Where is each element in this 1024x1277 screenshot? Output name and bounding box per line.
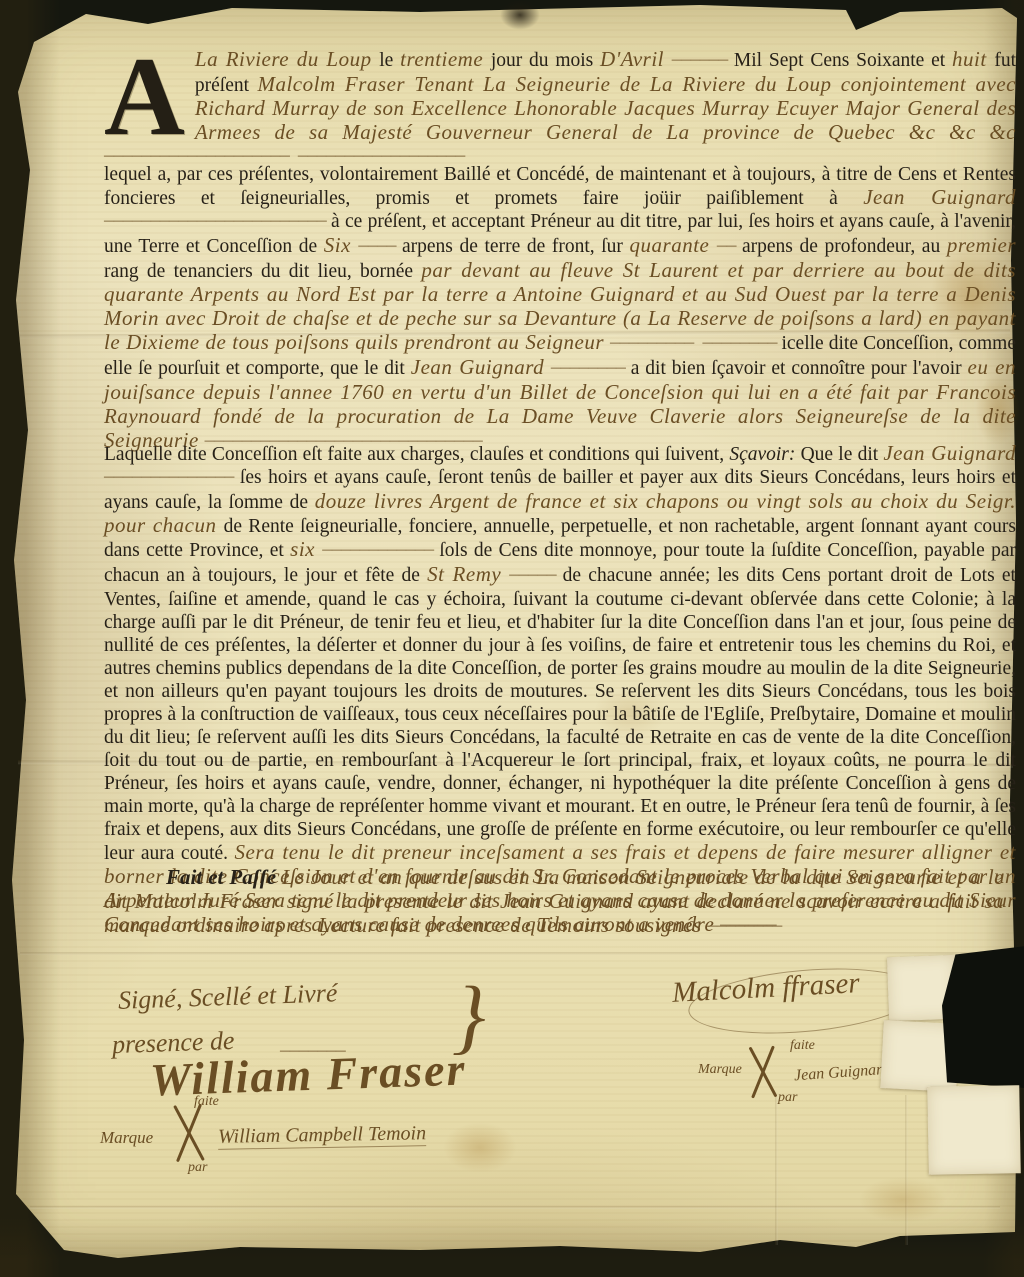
printed-text: rang de tenanciers du dit lieu, bornée xyxy=(104,261,421,282)
x-cross-mark-icon xyxy=(172,1102,206,1164)
mark-label-marque: Marque xyxy=(698,1062,742,1078)
mark-label-par: par xyxy=(778,1090,797,1106)
repair-patch xyxy=(927,1085,1021,1175)
closing-paragraph: Fait et Paſſé Le Jour et an que deſsus e… xyxy=(104,866,1004,939)
blank-line-rule: ────────────── xyxy=(104,468,233,488)
torn-paper-notch xyxy=(942,946,1024,1088)
printed-text: jour du mois xyxy=(491,50,600,71)
blank-line-rule: ───── xyxy=(509,566,555,586)
drop-cap-letter: A xyxy=(104,48,195,140)
mark-name-william-campbell: William Campbell Temoin xyxy=(218,1122,427,1150)
mark-label-faite: faite xyxy=(790,1038,815,1054)
printed-text: a dit bien ſçavoir et connoître pour l'a… xyxy=(625,358,968,379)
blank-line-rule: ───────── ──────── xyxy=(610,334,776,354)
handwritten-text: Six xyxy=(324,233,359,257)
printed-text: Que le dit xyxy=(795,444,883,465)
printed-text: arpens de profondeur, au xyxy=(735,236,947,257)
blank-line-rule: ──────────────────────── xyxy=(104,212,326,232)
mark-group-william-campbell: faite Marque William Campbell Temoin par xyxy=(100,1088,540,1180)
handwritten-text: D'Avril xyxy=(600,47,672,71)
mark-label-par: par xyxy=(188,1160,207,1176)
handwritten-text: six xyxy=(290,537,322,561)
mark-name-jean-guignard: Jean Guignard xyxy=(793,1061,890,1086)
handwritten-text: Malcolm Fraser Tenant La Seigneurie de L… xyxy=(195,72,1016,144)
blank-line-rule: ──────── xyxy=(707,917,781,937)
handwritten-text: quarante xyxy=(630,233,717,257)
printed-italic-text: Sçavoir: xyxy=(729,444,795,465)
blank-line-rule: ──────────── xyxy=(322,541,433,561)
blank-line-rule: ── xyxy=(717,237,735,257)
x-cross-mark-icon xyxy=(750,1044,776,1100)
blank-line-rule: ──── xyxy=(358,237,395,257)
handwritten-text: premier xyxy=(947,233,1016,257)
printed-text: le xyxy=(379,50,400,71)
blank-line-rule: ────── xyxy=(672,51,727,71)
printed-text: Laquelle dite Conceſſion eſt faite aux c… xyxy=(104,444,729,465)
conditions-paragraph: Laquelle dite Conceſſion eſt faite aux c… xyxy=(104,442,1016,938)
photographed-deed-document: ALa Riviere du Loup le trentieme jour du… xyxy=(0,0,1024,1277)
grant-clause-paragraph: lequel a, par ces préſentes, volontairem… xyxy=(104,163,1016,454)
printed-bold-text: Fait et Paſſé xyxy=(166,865,282,889)
printed-text: Mil Sept Cens Soixante et xyxy=(727,50,952,71)
handwritten-text: huit xyxy=(952,47,994,71)
handwritten-text: La Riviere du Loup xyxy=(195,47,379,71)
handwritten-text: St Remy xyxy=(427,562,509,586)
deed-opening-paragraph: ALa Riviere du Loup le trentieme jour du… xyxy=(104,48,1016,169)
handwritten-text: trentieme xyxy=(400,47,491,71)
printed-text: de chacune année; les dits Cens portant … xyxy=(104,565,1016,864)
handwritten-text: Jean Guignard xyxy=(883,441,1016,465)
handwritten-text: Jean Guignard xyxy=(863,185,1016,209)
printed-text: arpens de terre de front, ſur xyxy=(395,236,629,257)
mark-label-marque: Marque xyxy=(100,1128,153,1148)
blank-line-rule: ──────── xyxy=(551,359,625,379)
handwritten-text: Jean Guignard xyxy=(411,355,551,379)
